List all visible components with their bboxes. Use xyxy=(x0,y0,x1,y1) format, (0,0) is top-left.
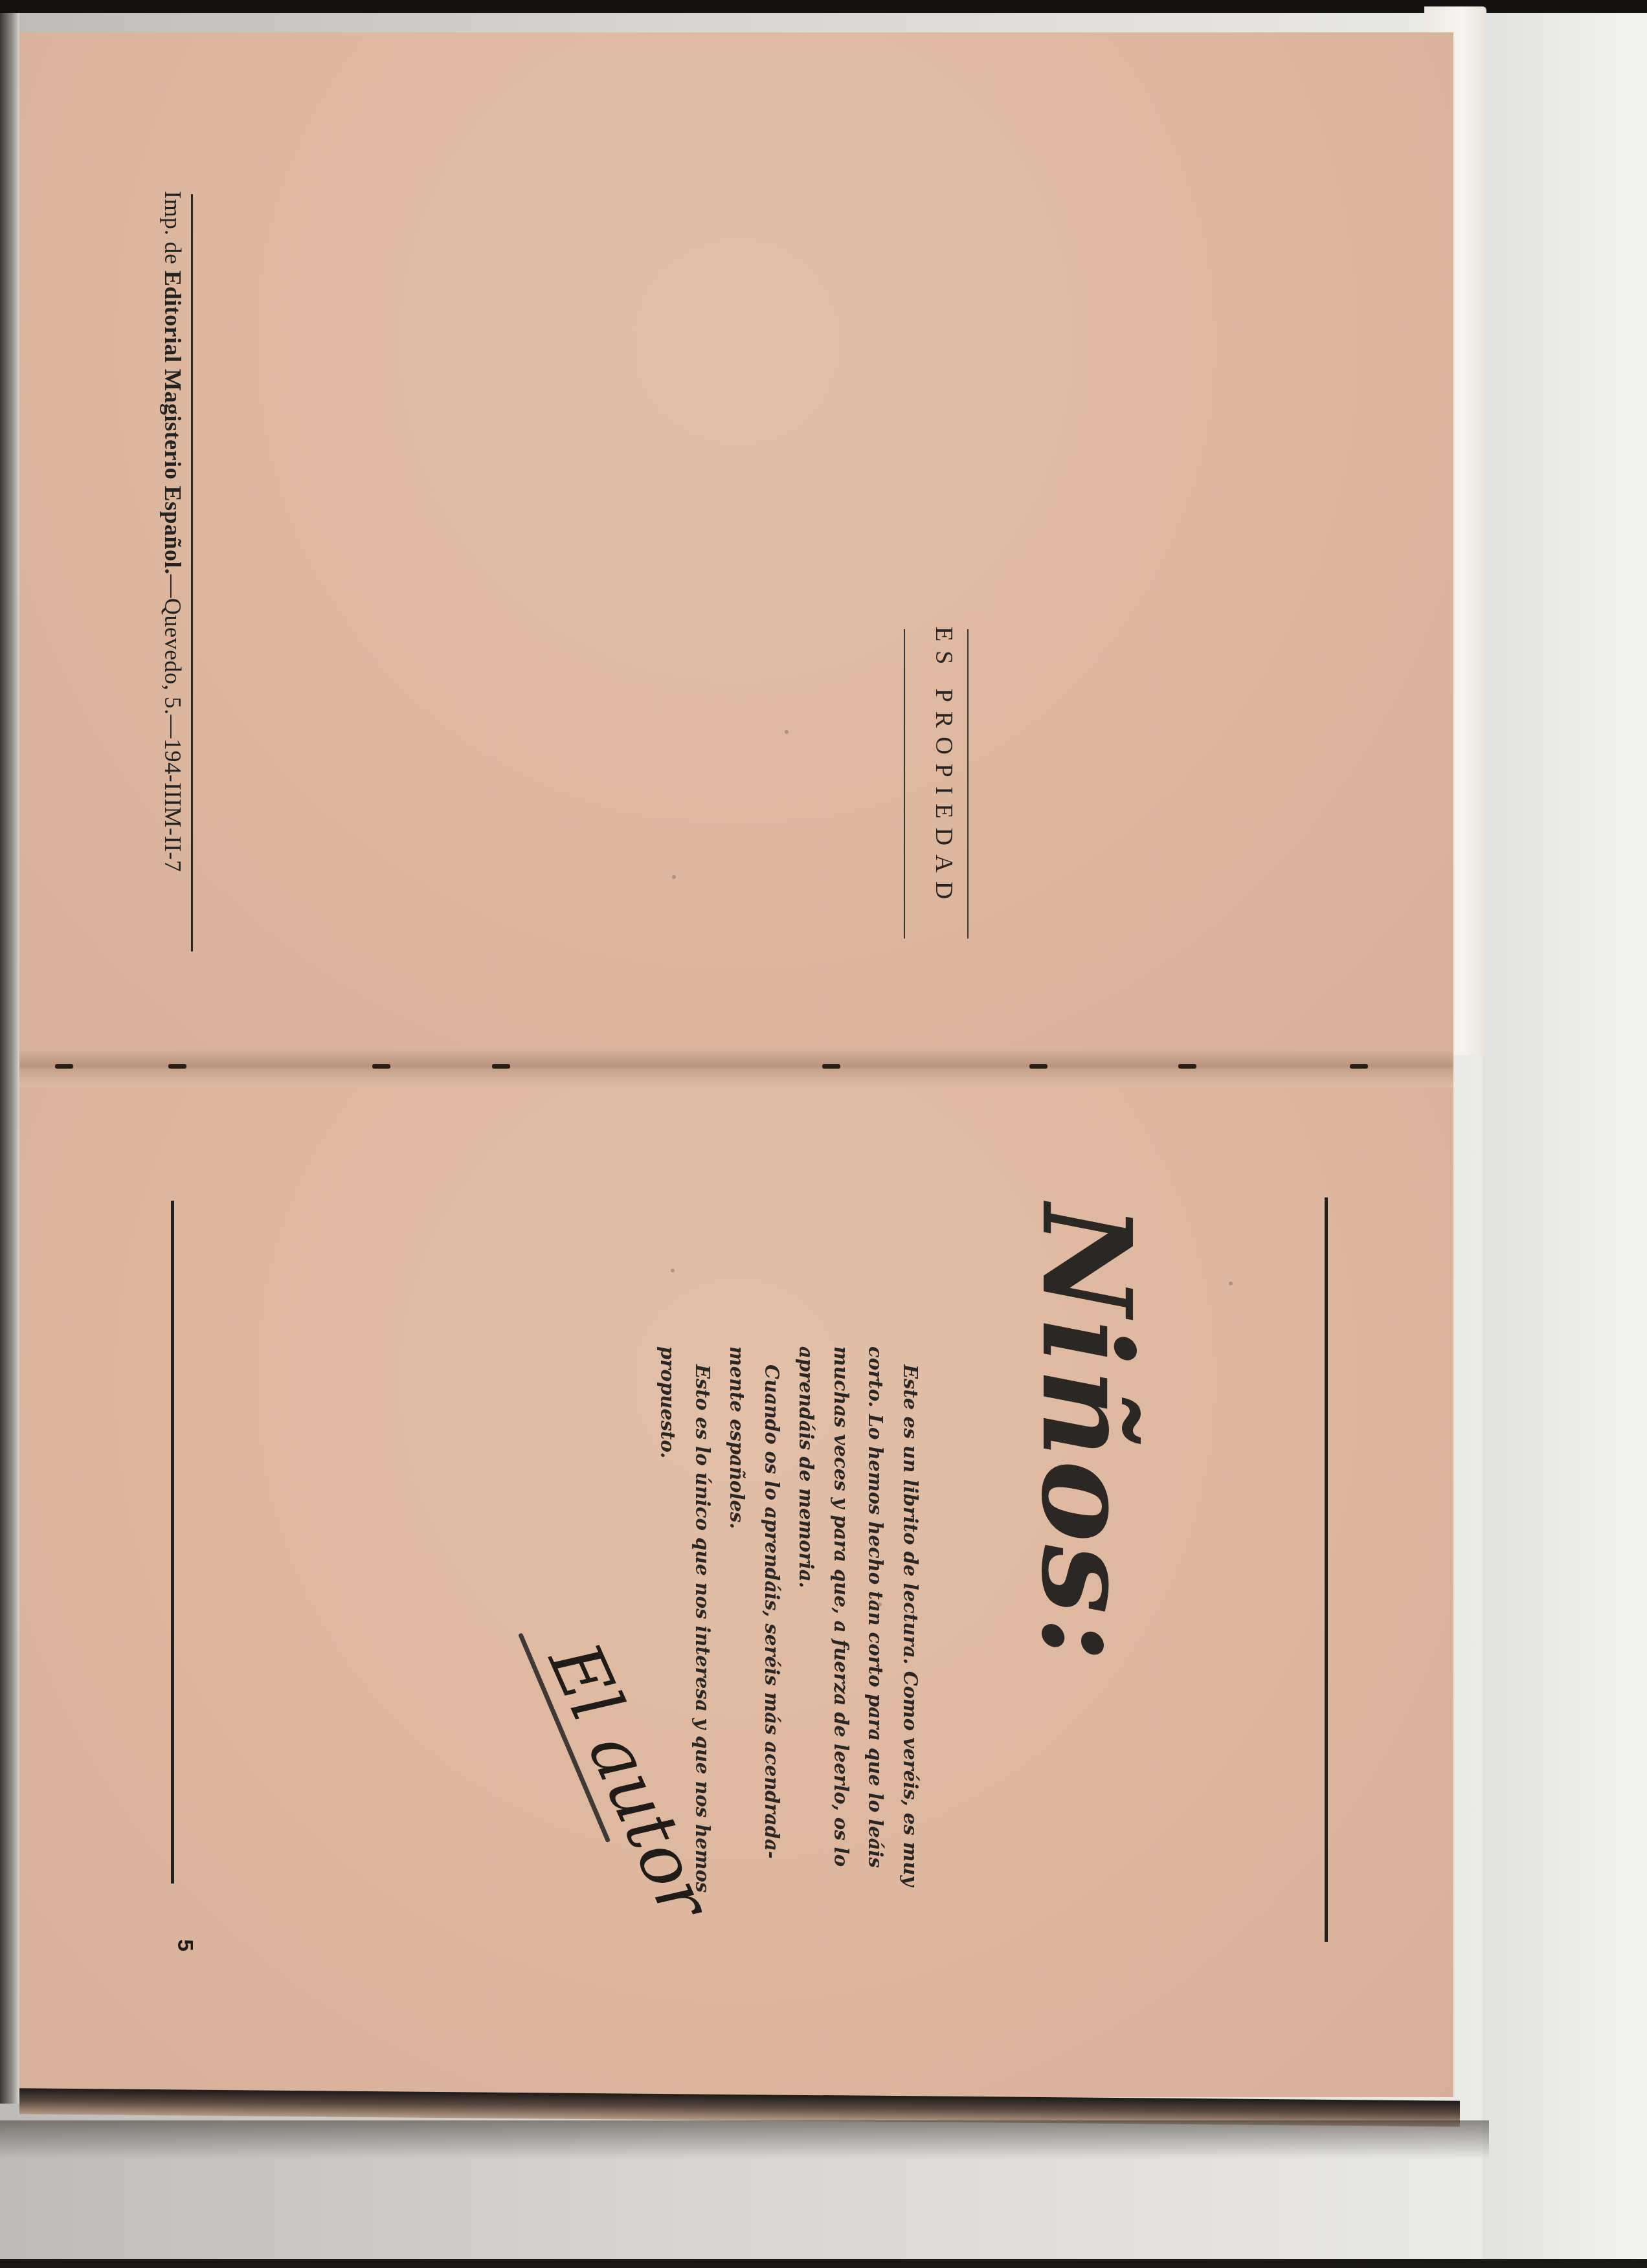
book-left-edge xyxy=(0,13,19,2104)
paper-speck xyxy=(672,875,676,879)
top-page xyxy=(19,32,1453,1065)
page-heading: Niños: xyxy=(1014,1204,1159,1665)
text-line: aprendáis de memoria. xyxy=(789,1346,823,1893)
text-line: muchas veces y para que, a fuerza de lee… xyxy=(823,1346,858,1893)
copyright-notice: ES PROPIEDAD xyxy=(930,627,958,908)
imprint-suffix: —Quevedo, 5.—194-IIIM-II-7 xyxy=(160,574,186,872)
frame-rule-bottom xyxy=(171,1201,174,1884)
binding-stitch xyxy=(1178,1064,1196,1069)
scanner-background xyxy=(1483,13,1647,2259)
copyright-rule-top xyxy=(904,629,905,939)
binding-stitch xyxy=(822,1064,840,1069)
printer-imprint: Imp. de Editorial Magisterio Español.—Qu… xyxy=(159,191,186,872)
paper-speck xyxy=(1229,1282,1233,1285)
binding-stitch xyxy=(372,1064,390,1069)
book-gutter xyxy=(19,1049,1453,1087)
scanner-bottom-border xyxy=(0,2259,1647,2268)
text-line: Esto es lo único que nos interesa y que … xyxy=(685,1346,720,1893)
preface-text: Este es un librito de lectura. Como veré… xyxy=(650,1346,927,1893)
text-line: Cuando os lo aprendáis, seréis más acend… xyxy=(754,1346,789,1893)
imprint-prefix: Imp. de xyxy=(160,191,186,271)
frame-rule-top xyxy=(1325,1197,1328,1942)
book-shadow xyxy=(0,2120,1489,2159)
paper-speck xyxy=(671,1269,675,1273)
text-line: corto. Lo hemos hecho tan corto para que… xyxy=(858,1346,893,1893)
imprint-rule xyxy=(191,194,193,951)
paper-speck xyxy=(785,730,789,734)
imprint-publisher: Editorial Magisterio Español. xyxy=(160,271,186,575)
binding-stitch xyxy=(1350,1064,1368,1069)
copyright-rule-bottom xyxy=(967,629,969,939)
binding-stitch xyxy=(168,1064,186,1069)
scanner-top-border xyxy=(0,0,1647,13)
page-number: 5 xyxy=(172,1939,197,1951)
paper-speck xyxy=(878,1603,882,1606)
text-line: Este es un librito de lectura. Como veré… xyxy=(893,1346,928,1893)
text-line: mente españoles. xyxy=(719,1346,754,1893)
binding-stitch xyxy=(55,1064,73,1069)
binding-stitch xyxy=(492,1064,510,1069)
binding-stitch xyxy=(1029,1064,1048,1069)
